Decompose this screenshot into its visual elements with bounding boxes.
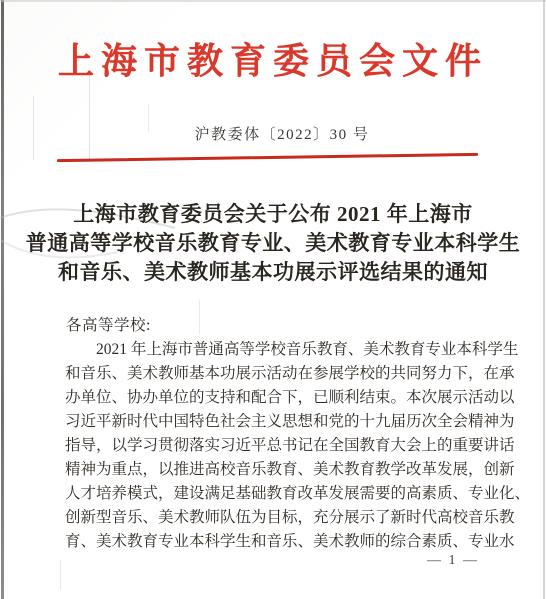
notice-title-line-2: 普通高等学校音乐教育专业、美术教育专业本科学生 (20, 229, 526, 258)
notice-title-line-1: 上海市教育委员会关于公布 2021 年上海市 (20, 200, 526, 229)
scan-streak (60, 560, 61, 590)
scan-streak (199, 300, 200, 334)
body-line: 习近平新时代中国特色社会主义思想和党的十九届历次全会精神为 (65, 409, 491, 431)
scan-edge-left (1, 0, 4, 599)
body-line: 2021 年上海市普通高等学校音乐教育、美术教育专业本科学生 (65, 337, 491, 359)
scan-edge-top (0, 0, 546, 2)
notice-title: 上海市教育委员会关于公布 2021 年上海市 普通高等学校音乐教育专业、美术教育… (20, 200, 526, 287)
body-line: 和音乐、美术教师基本功展示活动在参展学校的共同努力下，在承 (65, 361, 491, 383)
red-separator-rule (57, 153, 478, 162)
body-line: 精神为重点，以推进高校音乐教育、美术教育教学改革发展，创新 (65, 457, 491, 479)
scan-streak (89, 72, 90, 162)
document-number: 沪教委体〔2022〕30 号 (0, 123, 546, 144)
body-line: 创新型音乐、美术教师队伍为目标，充分展示了新时代高校音乐教 (65, 505, 491, 527)
body-line: 育、美术教育专业本科学生和音乐、美术教师的综合素质、专业水 (65, 529, 491, 551)
body-line: 办单位、协办单位的支持和配合下，已顺利结束。本次展示活动以 (65, 385, 491, 407)
page-number: — 1 — (418, 553, 488, 569)
letterhead-title: 上海市教育委员会文件 (0, 33, 546, 84)
scanned-document-page: 上海市教育委员会文件 沪教委体〔2022〕30 号 上海市教育委员会关于公布 2… (0, 0, 546, 599)
notice-title-line-3: 和音乐、美术教师基本功展示评选结果的通知 (20, 258, 526, 287)
scan-edge-right (543, 0, 545, 599)
body-line: 指导，以学习贯彻落实习近平总书记在全国教育大会上的重要讲话 (65, 433, 491, 455)
salutation: 各高等学校: (66, 313, 151, 335)
body-line: 人才培养模式，建设满足基础教育改革发展需要的高素质、专业化、 (65, 481, 491, 503)
